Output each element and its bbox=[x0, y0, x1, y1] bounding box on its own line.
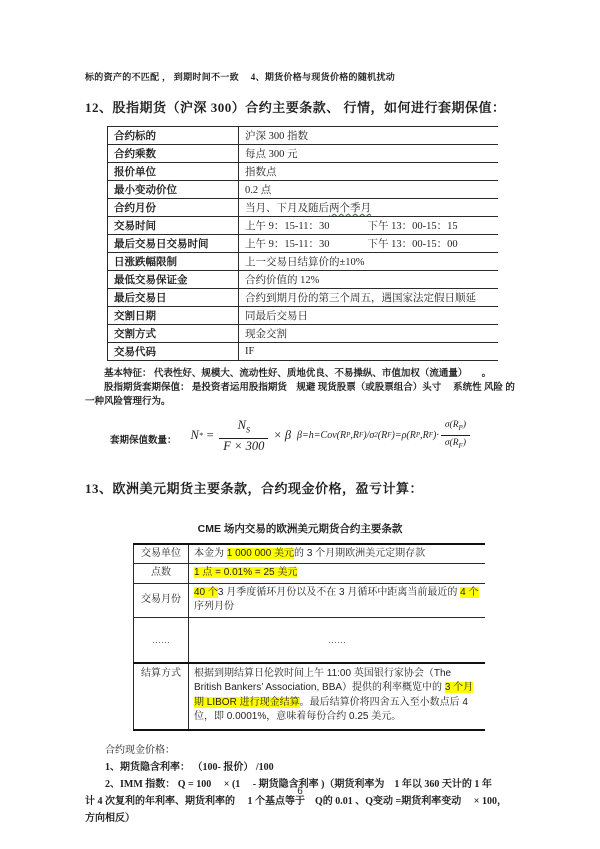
row-label: 交易代码 bbox=[108, 343, 239, 361]
formula-token: ,R bbox=[350, 430, 359, 441]
formula-token: * bbox=[199, 431, 203, 440]
table-row: 合约标的 沪深 300 指数 bbox=[108, 127, 499, 145]
row-label: 交易时间 bbox=[108, 217, 239, 235]
formula-token: β=h=Cov(R bbox=[297, 430, 346, 441]
document-page: 标的资产的不匹配 ， 到期时间不一致 4、期货价格与现货价格的随机扰动 12、股… bbox=[0, 0, 600, 849]
table-row: 点数 1 点 = 0.01% = 25 美元 bbox=[134, 564, 486, 584]
formula-token: N bbox=[191, 428, 199, 443]
row-value: 同最后交易日 bbox=[239, 307, 499, 325]
row-value: 上午 9：15-11：30下午 13：00-15：00 bbox=[239, 235, 499, 253]
formula-token: ,R bbox=[420, 430, 429, 441]
formula-token: = bbox=[206, 428, 214, 443]
row-value: 40 个3 月季度循环月份以及不在 3 月循环中距离当前最近的 4 个序列月份 bbox=[189, 583, 486, 617]
row-label: 点数 bbox=[134, 564, 189, 584]
row-label: 报价单位 bbox=[108, 163, 239, 181]
row-label: 最后交易日 bbox=[108, 289, 239, 307]
formula-token: )/σ bbox=[363, 430, 374, 441]
row-label: 最后交易日交易时间 bbox=[108, 235, 239, 253]
cme-table-title: CME 场内交易的欧洲美元期货合约主要条款 bbox=[85, 521, 515, 536]
row-value-text: 3 月季度循环月份以及不在 3 月循环中距离当前最近的 bbox=[218, 587, 460, 598]
row-value-text: 的 3 个月期欧洲美元定期存款 bbox=[294, 548, 425, 559]
table-row: 日涨跌幅限制 上一交易日结算价的±10% bbox=[108, 253, 499, 271]
cash-price-item1: 1、期货隐含利率： （100- 报价） /100 bbox=[85, 759, 515, 776]
row-value: 本金为 1 000 000 美元的 3 个月期欧洲美元定期存款 bbox=[189, 544, 486, 564]
row-label: …… bbox=[134, 617, 189, 663]
row-value: IF bbox=[239, 343, 499, 361]
header-note: 标的资产的不匹配 ， 到期时间不一致 4、期货价格与现货价格的随机扰动 bbox=[85, 70, 515, 83]
page-number: 6 bbox=[0, 786, 600, 797]
section12-heading: 12、股指期货（沪深 300）合约主要条款、 行情，如何进行套期保值： bbox=[85, 97, 515, 116]
cash-price-title: 合约现金价格： bbox=[85, 742, 515, 759]
row-value: 根据到期结算日伦敦时间上午 11:00 英国银行家协会（The British … bbox=[189, 663, 486, 730]
row-label: 合约乘数 bbox=[108, 145, 239, 163]
formula-fraction: NS F × 300 bbox=[219, 419, 268, 452]
cash-price-item2-line3: 方向相反） bbox=[85, 810, 515, 827]
table-row: 合约月份 当月、下月及随后两个季月 bbox=[108, 199, 499, 217]
formula-token: σ(R bbox=[445, 420, 459, 430]
note-hedging-definition: 股指期货套期保值： 是投资者运用股指期货 规避 现货股票（或股票组合）头寸 系统… bbox=[85, 381, 515, 409]
row-value-text: 当月、下月及随后 bbox=[245, 203, 329, 214]
row-value: 上午 9：15-11：30下午 13：00-15：15 bbox=[239, 217, 499, 235]
row-label: 合约月份 bbox=[108, 199, 239, 217]
csi300-contract-table: 合约标的 沪深 300 指数 合约乘数 每点 300 元 报价单位 指数点 最小… bbox=[107, 126, 498, 361]
highlighted-text: 4 个 bbox=[460, 587, 478, 598]
table-row: 交割日期 同最后交易日 bbox=[108, 307, 499, 325]
row-label: 交易月份 bbox=[134, 583, 189, 617]
row-label: 合约标的 bbox=[108, 127, 239, 145]
formula-token: )=ρ(R bbox=[392, 430, 416, 441]
formula-token: × bbox=[273, 428, 281, 443]
table-row: 交易单位 本金为 1 000 000 美元的 3 个月期欧洲美元定期存款 bbox=[134, 544, 486, 564]
row-label: 结算方式 bbox=[134, 663, 189, 730]
row-value: 沪深 300 指数 bbox=[239, 127, 499, 145]
table-row: 交易月份 40 个3 月季度循环月份以及不在 3 月循环中距离当前最近的 4 个… bbox=[134, 583, 486, 617]
section13-heading: 13、欧洲美元期货主要条款，合约现金价格，盈亏计算： bbox=[85, 478, 515, 497]
formula-token: ) bbox=[463, 420, 466, 430]
row-value: 当月、下月及随后两个季月 bbox=[239, 199, 499, 217]
row-label: 交易单位 bbox=[134, 544, 189, 564]
formula-fraction: σ(RP) σ(RF) bbox=[441, 419, 470, 452]
formula-token: N bbox=[238, 418, 246, 432]
row-value: 上一交易日结算价的±10% bbox=[239, 253, 499, 271]
formula-label: 套期保值数量： bbox=[110, 432, 177, 446]
highlighted-text: 40 个 bbox=[194, 587, 218, 598]
table-row: 最小变动价位 0.2 点 bbox=[108, 181, 499, 199]
table-row: 交易时间 上午 9：15-11：30下午 13：00-15：15 bbox=[108, 217, 499, 235]
row-value: …… bbox=[189, 617, 486, 663]
fraction-denominator: F × 300 bbox=[219, 439, 268, 452]
highlighted-text: 1 点 = 0.01% = 25 美元 bbox=[194, 567, 297, 578]
row-label: 交割方式 bbox=[108, 325, 239, 343]
formula-beta-definition: β=h=Cov(RP,RF)/σ2(RF)=ρ(RP,RF)· σ(RP) σ(… bbox=[297, 419, 472, 452]
row-label: 最低交易保证金 bbox=[108, 271, 239, 289]
row-label: 日涨跌幅限制 bbox=[108, 253, 239, 271]
row-value: 现金交割 bbox=[239, 325, 499, 343]
note-text: 代表性好、规模大、流动性好、质地优良、不易操纵、市值加权（流通量） 。 bbox=[152, 369, 492, 379]
row-label: 最小变动价位 bbox=[108, 181, 239, 199]
table-row: 合约乘数 每点 300 元 bbox=[108, 145, 499, 163]
trading-hours-am: 上午 9：15-11：30 bbox=[245, 239, 329, 250]
row-label: 交割日期 bbox=[108, 307, 239, 325]
row-value: 0.2 点 bbox=[239, 181, 499, 199]
table-row: 最后交易日交易时间 上午 9：15-11：30下午 13：00-15：00 bbox=[108, 235, 499, 253]
table-row-ellipsis: …… …… bbox=[134, 617, 486, 663]
row-value: 1 点 = 0.01% = 25 美元 bbox=[189, 564, 486, 584]
cash-price-section: 合约现金价格： 1、期货隐含利率： （100- 报价） /100 2、IMM 指… bbox=[85, 742, 515, 827]
formula-token: )· bbox=[433, 430, 439, 441]
row-value-wavy-text: 两个季月 bbox=[329, 203, 371, 214]
trading-hours-pm: 下午 13：00-15：15 bbox=[367, 221, 457, 232]
section12-notes: 基本特征： 代表性好、规模大、流动性好、质地优良、不易操纵、市值加权（流通量） … bbox=[85, 367, 515, 409]
note-basic-features: 基本特征： 代表性好、规模大、流动性好、质地优良、不易操纵、市值加权（流通量） … bbox=[85, 367, 515, 381]
fraction-numerator: σ(RP) bbox=[441, 419, 470, 436]
hedge-quantity-formula: 套期保值数量： N* = NS F × 300 × β β=h=Cov(RP,R… bbox=[110, 419, 515, 452]
fraction-numerator: NS bbox=[219, 419, 268, 439]
table-row: 最低交易保证金 合约价值的 12% bbox=[108, 271, 499, 289]
table-row: 结算方式 根据到期结算日伦敦时间上午 11:00 英国银行家协会（The Bri… bbox=[134, 663, 486, 730]
note-label: 基本特征： bbox=[104, 369, 152, 379]
formula-token: ) bbox=[463, 438, 466, 448]
row-value: 合约价值的 12% bbox=[239, 271, 499, 289]
row-value-text: 本金为 bbox=[194, 548, 227, 559]
fraction-denominator: σ(RF) bbox=[441, 436, 470, 452]
row-value: 每点 300 元 bbox=[239, 145, 499, 163]
trading-hours-am: 上午 9：15-11：30 bbox=[245, 221, 329, 232]
note-label: 股指期货套期保值： bbox=[104, 383, 190, 393]
formula-token: S bbox=[246, 426, 250, 435]
formula-token: β bbox=[285, 428, 291, 443]
row-value: 指数点 bbox=[239, 163, 499, 181]
eurodollar-contract-table: 交易单位 本金为 1 000 000 美元的 3 个月期欧洲美元定期存款 点数 … bbox=[133, 543, 485, 731]
formula-token: (R bbox=[378, 430, 387, 441]
row-value-text: 序列月份 bbox=[194, 601, 234, 612]
row-value: 合约到期月份的第三个周五，遇国家法定假日顺延 bbox=[239, 289, 499, 307]
row-value-text: 根据到期结算日伦敦时间上午 11:00 英国银行家协会（The British … bbox=[194, 668, 451, 694]
formula-token: σ(R bbox=[445, 438, 459, 448]
formula-main: N* = NS F × 300 × β bbox=[191, 419, 292, 452]
table-row: 交割方式 现金交割 bbox=[108, 325, 499, 343]
table-row: 报价单位 指数点 bbox=[108, 163, 499, 181]
highlighted-text: 1 000 000 美元 bbox=[227, 548, 294, 559]
trading-hours-pm: 下午 13：00-15：00 bbox=[367, 239, 457, 250]
table-row: 交易代码 IF bbox=[108, 343, 499, 361]
table-row: 最后交易日 合约到期月份的第三个周五，遇国家法定假日顺延 bbox=[108, 289, 499, 307]
